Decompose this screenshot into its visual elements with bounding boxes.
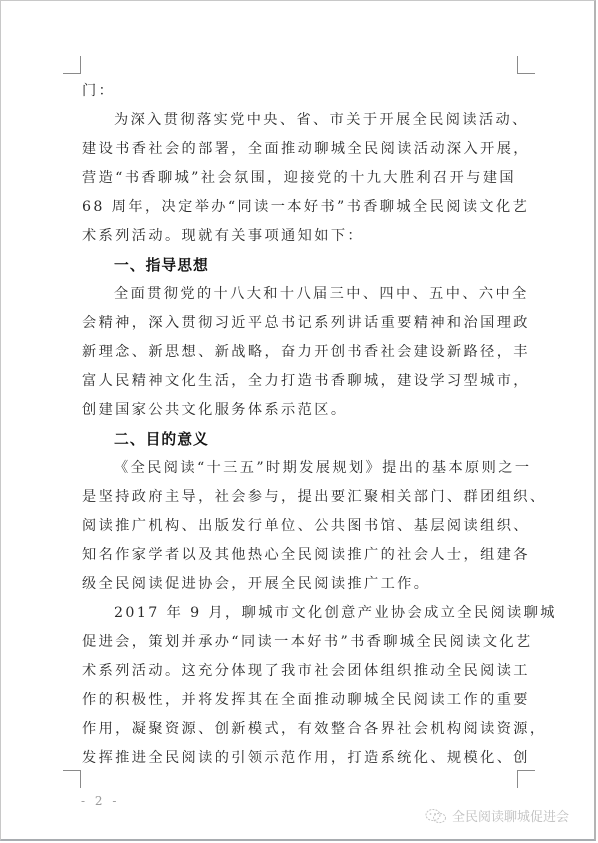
text-line: 建设书香社会的部署，全面推动聊城全民阅读活动深入开展， bbox=[82, 135, 518, 164]
text-line: 是坚持政府主导，社会参与，提出要汇聚相关部门、群团组织、 bbox=[82, 483, 518, 512]
text-line: 2017 年 9 月，聊城市文化创意产业协会成立全民阅读聊城 bbox=[82, 599, 518, 628]
text-line: 阅读推广机构、出版发行单位、公共图书馆、基层阅读组织、 bbox=[82, 512, 518, 541]
text-line: 促进会，策划并承办“同读一本好书”书香聊城全民阅读文化艺 bbox=[82, 628, 518, 657]
text-line: 作用，凝聚资源、创新模式，有效整合各界社会机构阅读资源， bbox=[82, 715, 518, 744]
watermark: 全民阅读聊城促进会 bbox=[425, 806, 569, 825]
text-line: 发挥推进全民阅读的引领示范作用，打造系统化、规模化、创 bbox=[82, 744, 518, 773]
text-line: 富人民精神文化生活，全力打造书香聊城，建设学习型城市， bbox=[82, 367, 518, 396]
wechat-icon bbox=[425, 808, 447, 824]
text-line: 全面贯彻党的十八大和十八届三中、四中、五中、六中全 bbox=[82, 280, 518, 309]
text-line: 新理念、新思想、新战略，奋力开创书香社会建设新路径，丰 bbox=[82, 338, 518, 367]
crop-mark-top-right bbox=[517, 56, 535, 74]
text-line: 术系列活动。这充分体现了我市社会团体组织推动全民阅读工 bbox=[82, 657, 518, 686]
crop-mark-top-left bbox=[63, 56, 81, 74]
text-line: 门： bbox=[82, 77, 518, 106]
text-line: 知名作家学者以及其他热心全民阅读推广的社会人士，组建各 bbox=[82, 541, 518, 570]
text-line: 创建国家公共文化服务体系示范区。 bbox=[82, 396, 518, 425]
text-line: 《全民阅读“十三五”时期发展规划》提出的基本原则之一 bbox=[82, 454, 518, 483]
text-line: 68 周年，决定举办“同读一本好书”书香聊城全民阅读文化艺 bbox=[82, 193, 518, 222]
text-line: 作的积极性，并将发挥其在全面推动聊城全民阅读工作的重要 bbox=[82, 686, 518, 715]
crop-mark-bottom-right bbox=[517, 770, 535, 788]
watermark-text: 全民阅读聊城促进会 bbox=[452, 806, 569, 825]
text-line: 营造“书香聊城”社会氛围，迎接党的十九大胜利召开与建国 bbox=[82, 164, 518, 193]
document-page: 门： 为深入贯彻落实党中央、省、市关于开展全民阅读活动、 建设书香社会的部署，全… bbox=[0, 0, 596, 841]
text-line: 级全民阅读促进协会，开展全民阅读推广工作。 bbox=[82, 570, 518, 599]
text-line: 术系列活动。现就有关事项通知如下： bbox=[82, 222, 518, 251]
text-line: 会精神，深入贯彻习近平总书记系列讲话重要精神和治国理政 bbox=[82, 309, 518, 338]
page-number: - 2 - bbox=[81, 794, 119, 808]
text-line: 为深入贯彻落实党中央、省、市关于开展全民阅读活动、 bbox=[82, 106, 518, 135]
section-heading-purpose: 二、目的意义 bbox=[82, 425, 518, 454]
crop-mark-bottom-left bbox=[63, 770, 81, 788]
section-heading-guiding-ideology: 一、指导思想 bbox=[82, 251, 518, 280]
document-body: 门： 为深入贯彻落实党中央、省、市关于开展全民阅读活动、 建设书香社会的部署，全… bbox=[82, 77, 518, 773]
